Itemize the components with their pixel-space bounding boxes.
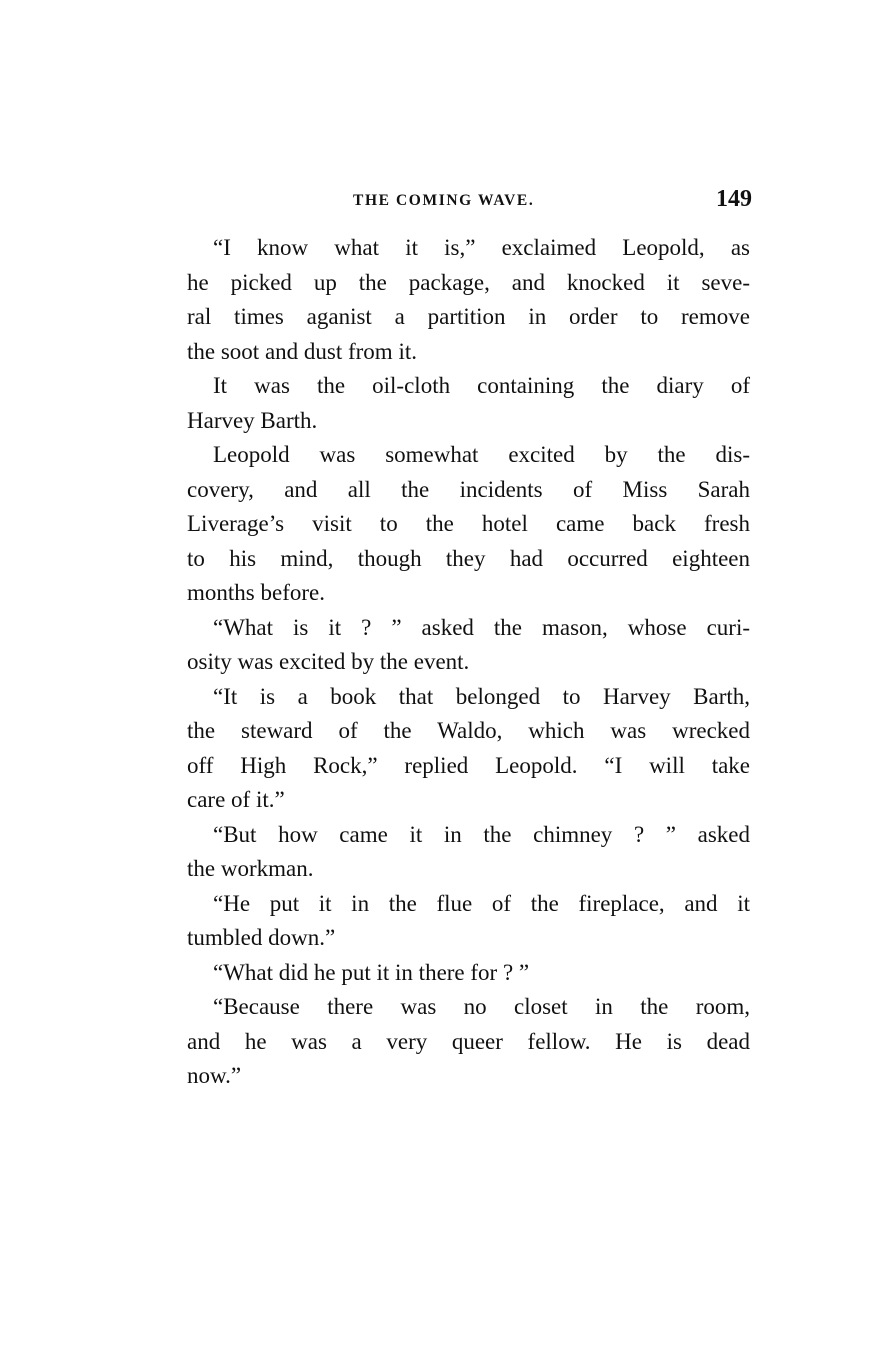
text-line: he picked up the package, and knocked it…: [187, 266, 750, 301]
text-line: Liverage’s visit to the hotel came back …: [187, 507, 750, 542]
text-line: covery, and all the incidents of Miss Sa…: [187, 473, 750, 508]
text-line: now.”: [187, 1059, 750, 1094]
paragraph: It was the oil-cloth containing the diar…: [187, 369, 750, 438]
paragraph: “What is it ? ” asked the mason, whose c…: [187, 611, 750, 680]
text-line: tumbled down.”: [187, 921, 750, 956]
running-head: THE COMING WAVE. 149: [187, 186, 752, 216]
text-line: Leopold was somewhat excited by the dis-: [187, 438, 750, 473]
page-number: 149: [716, 186, 752, 213]
text-line: the steward of the Waldo, which was wrec…: [187, 714, 750, 749]
paragraph: Leopold was somewhat excited by the dis-…: [187, 438, 750, 611]
body-text: “I know what it is,” exclaimed Leopold, …: [187, 231, 750, 1094]
text-line: off High Rock,” replied Leopold. “I will…: [187, 749, 750, 784]
text-line: “What is it ? ” asked the mason, whose c…: [187, 611, 750, 646]
text-line: “It is a book that belonged to Harvey Ba…: [187, 680, 750, 715]
text-line: “Because there was no closet in the room…: [187, 990, 750, 1025]
text-line: osity was excited by the event.: [187, 645, 750, 680]
text-line: “What did he put it in there for ? ”: [187, 956, 750, 991]
paragraph: “I know what it is,” exclaimed Leopold, …: [187, 231, 750, 369]
paragraph: “It is a book that belonged to Harvey Ba…: [187, 680, 750, 818]
text-line: and he was a very queer fellow. He is de…: [187, 1025, 750, 1060]
paragraph: “Because there was no closet in the room…: [187, 990, 750, 1094]
book-page: THE COMING WAVE. 149 “I know what it is,…: [0, 0, 883, 1360]
text-line: to his mind, though they had occurred ei…: [187, 542, 750, 577]
text-line: “He put it in the flue of the fireplace,…: [187, 887, 750, 922]
text-line: It was the oil-cloth containing the diar…: [187, 369, 750, 404]
paragraph: “But how came it in the chimney ? ” aske…: [187, 818, 750, 887]
text-line: “But how came it in the chimney ? ” aske…: [187, 818, 750, 853]
text-line: the workman.: [187, 852, 750, 887]
text-line: care of it.”: [187, 783, 750, 818]
running-title: THE COMING WAVE.: [353, 192, 534, 210]
text-line: ral times aganist a partition in order t…: [187, 300, 750, 335]
text-line: “I know what it is,” exclaimed Leopold, …: [187, 231, 750, 266]
text-line: the soot and dust from it.: [187, 335, 750, 370]
text-line: Harvey Barth.: [187, 404, 750, 439]
text-line: months before.: [187, 576, 750, 611]
paragraph: “He put it in the flue of the fireplace,…: [187, 887, 750, 956]
paragraph: “What did he put it in there for ? ”: [187, 956, 750, 991]
